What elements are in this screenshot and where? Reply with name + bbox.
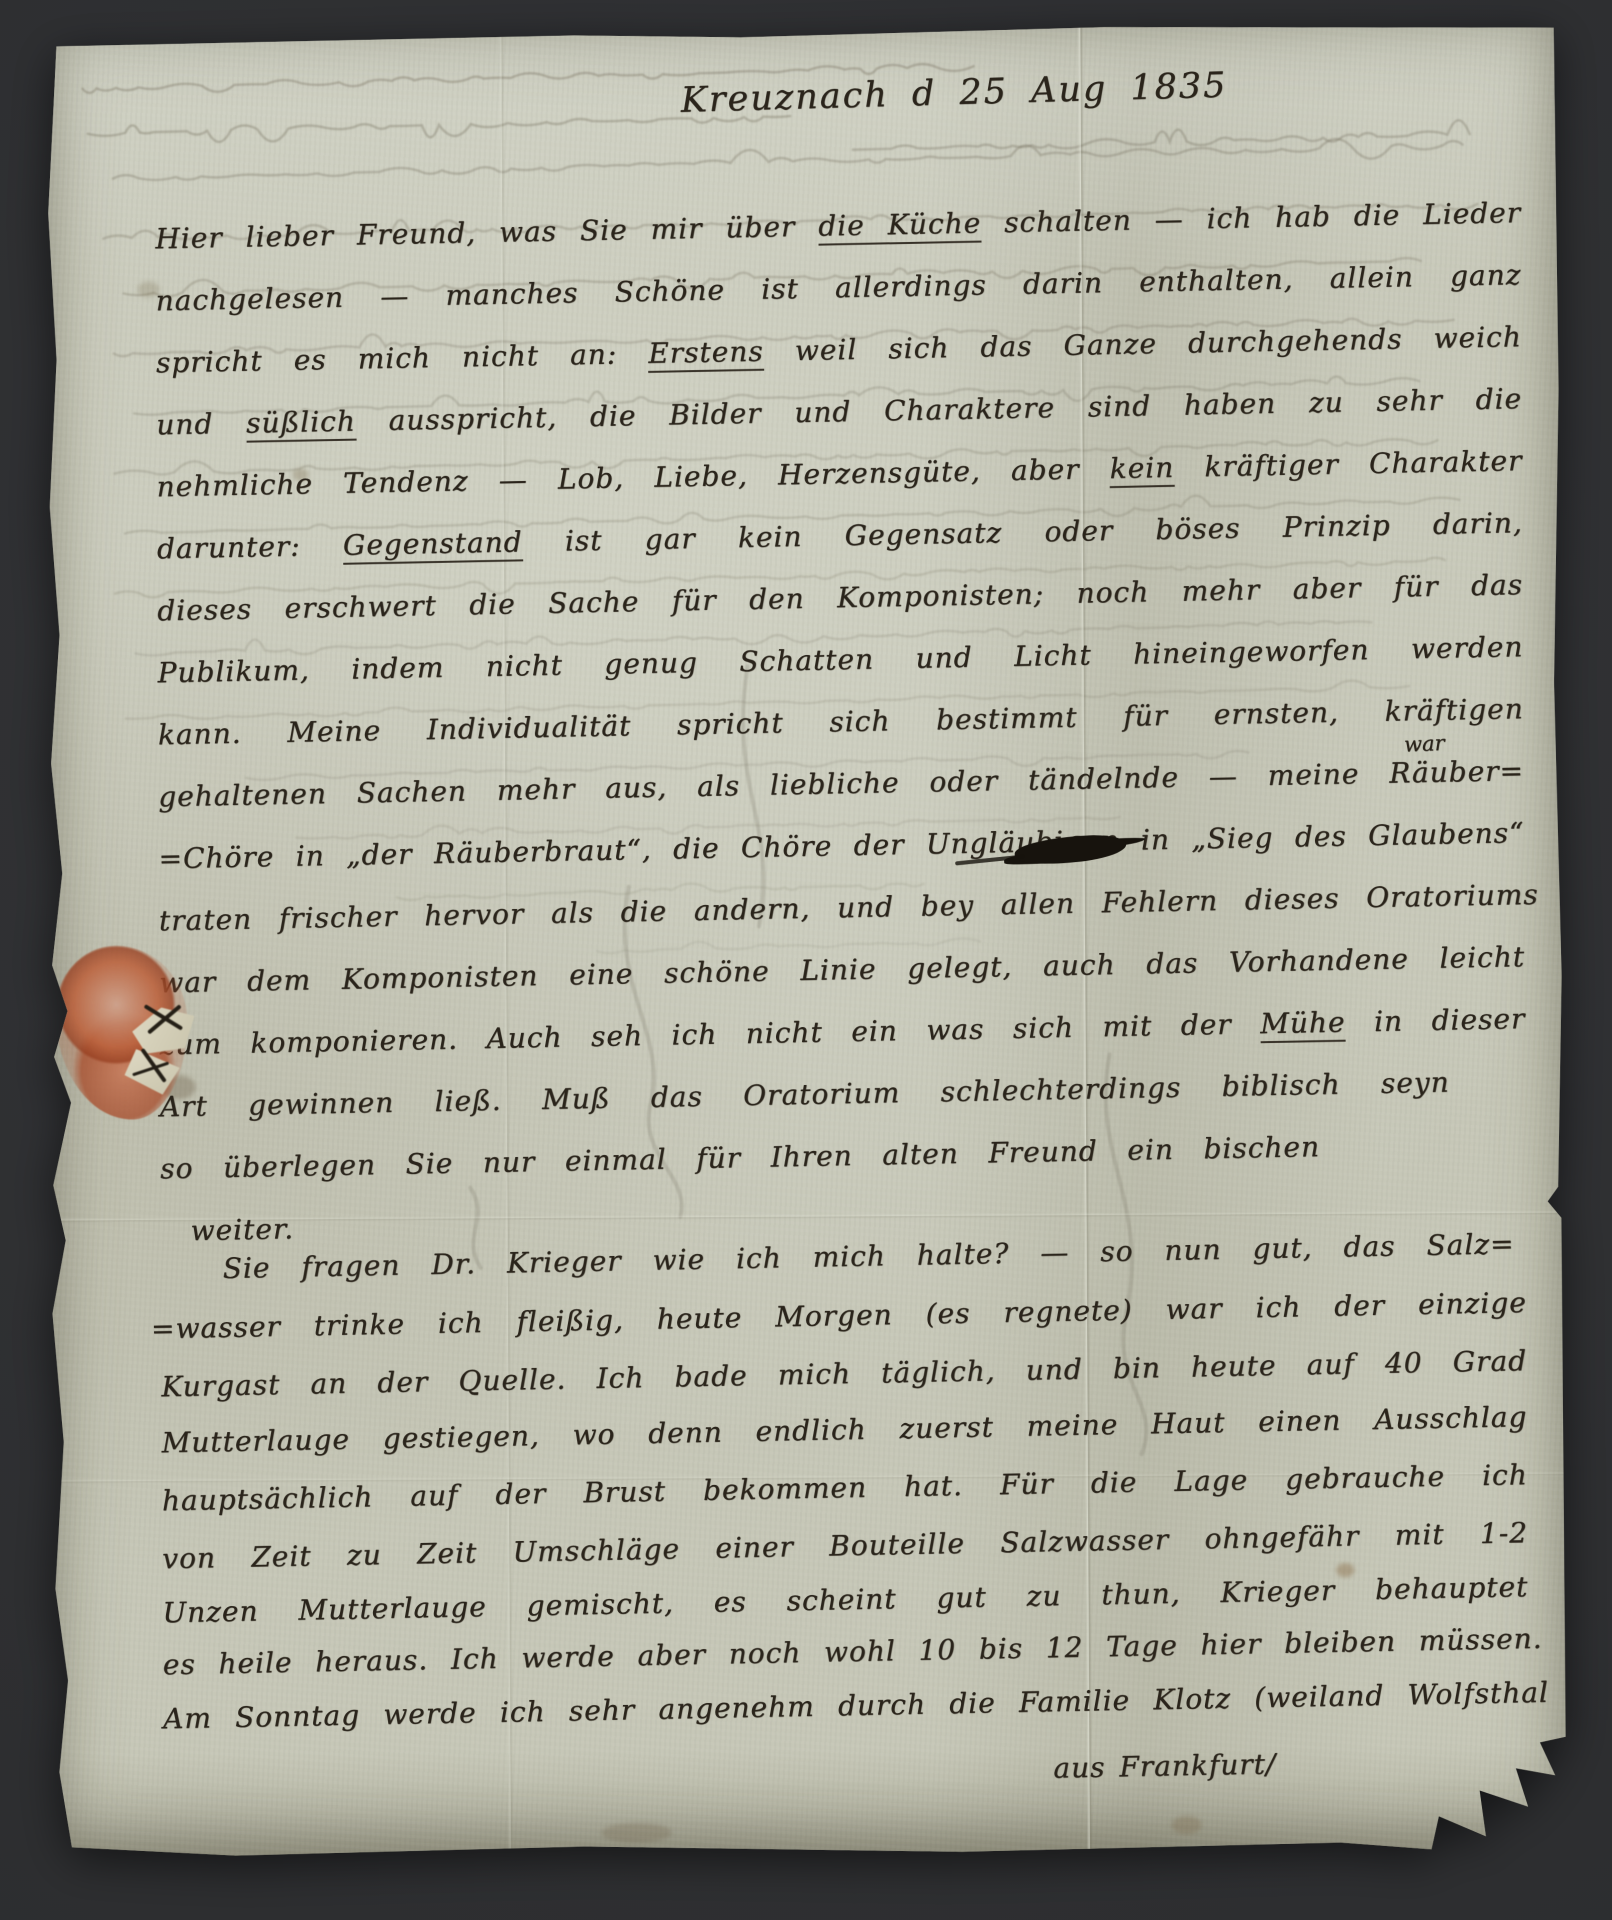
handwritten-line: aus Frankfurt/ [1053,1744,1277,1788]
letter-page: Kreuznach d 25 Aug 1835 Hier lieber Freu… [44,22,1568,1864]
scan-backdrop: Kreuznach d 25 Aug 1835 Hier lieber Freu… [0,0,1612,1920]
letter-page-wrap: Kreuznach d 25 Aug 1835 Hier lieber Freu… [44,22,1568,1864]
inserted-word: war [1404,731,1445,757]
handwritten-line: weiter. [190,1209,294,1251]
